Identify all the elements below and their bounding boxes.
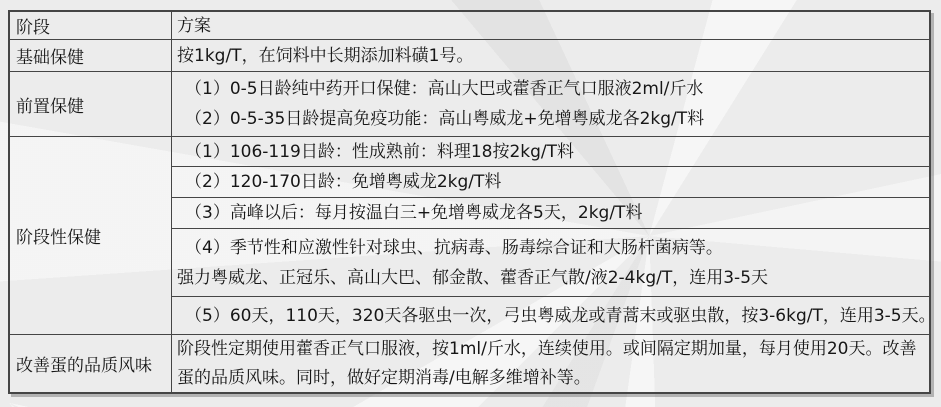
table-row-pre-care: 前置保健 （1）0-5日龄纯中药开口保健：高山大巴或藿香正气口服液2ml/斤水 … <box>10 71 929 136</box>
plan-line: （5）60天，110天，320天各驱虫一次，弓虫粤威龙或青蒿末或驱虫散，按3-6… <box>172 301 929 331</box>
table-row-basic-care: 基础保健 按1kg/T，在饲料中长期添加料磺1号。 <box>10 39 929 71</box>
plan-line: 按1kg/T，在饲料中长期添加料磺1号。 <box>172 41 929 71</box>
table-row-egg-quality: 改善蛋的品质风味 阶段性定期使用藿香正气口服液，按1ml/斤水，连续使用。或间隔… <box>10 334 929 392</box>
plan-cell: 阶段性定期使用藿香正气口服液，按1ml/斤水，连续使用。或间隔定期加量，每月使用… <box>172 335 929 392</box>
stage-label: 阶段性保健 <box>10 137 172 334</box>
plan-line: （1）106-119日龄：性成熟前：料理18按2kg/T料 <box>172 137 929 166</box>
subrow-1: （1）106-119日龄：性成熟前：料理18按2kg/T料 <box>172 137 929 166</box>
care-plan-table: 阶段 方案 基础保健 按1kg/T，在饲料中长期添加料磺1号。 前置保健 （1）… <box>8 10 931 394</box>
header-stage-cell: 阶段 <box>10 12 172 39</box>
stage-label: 前置保健 <box>10 72 172 136</box>
plan-line: （3）高峰以后：每月按温白三+免增粤威龙各5天，2kg/T料 <box>172 198 929 228</box>
plan-line: 强力粤威龙、正冠乐、高山大巴、郁金散、藿香正气散/液2-4kg/T，连用3-5天 <box>172 263 929 293</box>
plan-cell: （1）106-119日龄：性成熟前：料理18按2kg/T料 （2）120-170… <box>172 137 929 334</box>
table-row-stage-care: 阶段性保健 （1）106-119日龄：性成熟前：料理18按2kg/T料 （2）1… <box>10 136 929 334</box>
header-plan-cell: 方案 <box>172 12 929 39</box>
table-header-row: 阶段 方案 <box>10 12 929 39</box>
plan-line: （2）120-170日龄：免增粤威龙2kg/T料 <box>172 167 929 197</box>
subrow-4: （4）季节性和应激性针对球虫、抗病毒、肠毒综合证和大肠杆菌病等。 强力粤威龙、正… <box>172 228 929 296</box>
subrow-3: （3）高峰以后：每月按温白三+免增粤威龙各5天，2kg/T料 <box>172 197 929 228</box>
stage-label: 基础保健 <box>10 40 172 71</box>
plan-cell: 按1kg/T，在饲料中长期添加料磺1号。 <box>172 40 929 71</box>
subrow-2: （2）120-170日龄：免增粤威龙2kg/T料 <box>172 166 929 197</box>
plan-line: 阶段性定期使用藿香正气口服液，按1ml/斤水，连续使用。或间隔定期加量，每月使用… <box>172 335 929 392</box>
plan-line: （1）0-5日龄纯中药开口保健：高山大巴或藿香正气口服液2ml/斤水 <box>172 74 929 104</box>
plan-line: （2）0-5-35日龄提高免疫功能：高山粤威龙+免增粤威龙各2kg/T料 <box>172 104 929 134</box>
plan-line: （4）季节性和应激性针对球虫、抗病毒、肠毒综合证和大肠杆菌病等。 <box>172 233 929 263</box>
subrow-5: （5）60天，110天，320天各驱虫一次，弓虫粤威龙或青蒿末或驱虫散，按3-6… <box>172 296 929 334</box>
plan-cell: （1）0-5日龄纯中药开口保健：高山大巴或藿香正气口服液2ml/斤水 （2）0-… <box>172 72 929 136</box>
stage-label: 改善蛋的品质风味 <box>10 335 172 392</box>
